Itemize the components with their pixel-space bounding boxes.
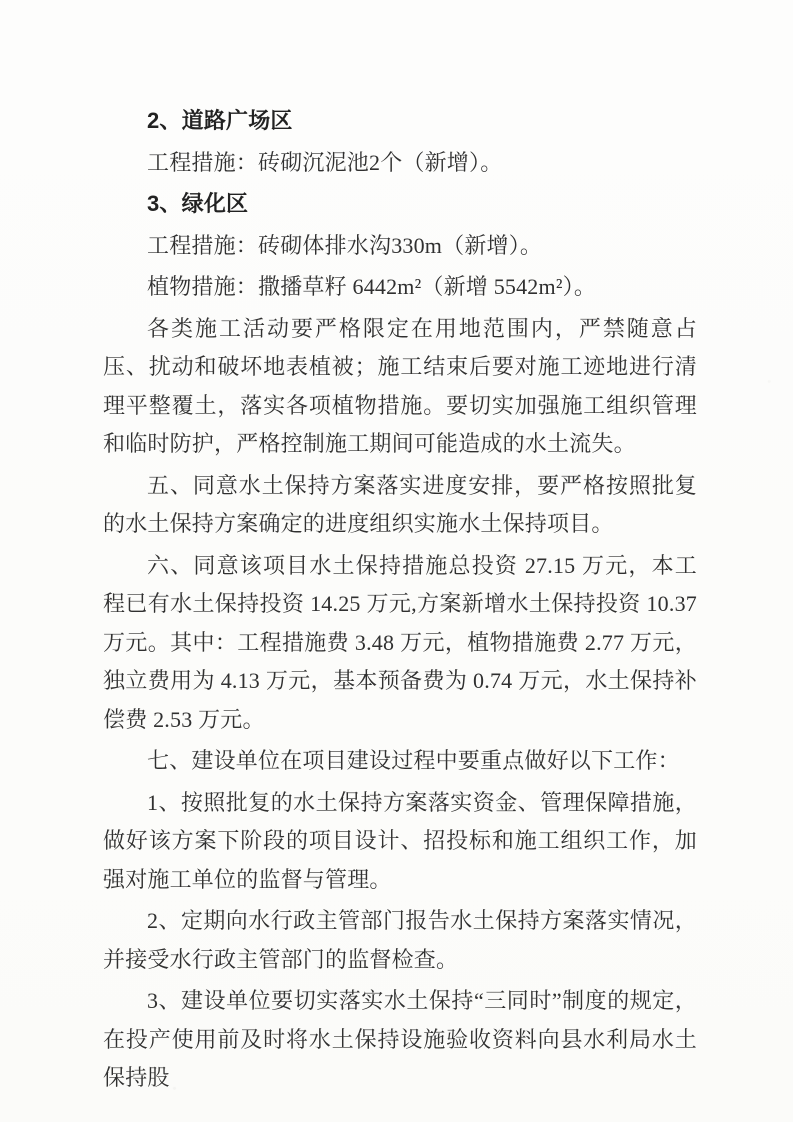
paragraph-engineering-measures-greening: 工程措施：砖砌体排水沟330m（新增）。 xyxy=(103,227,697,266)
section-heading-greening-zone: 3、绿化区 xyxy=(103,185,697,224)
paragraph-item-5-schedule: 五、同意水土保持方案落实进度安排，要严格按照批复的水土保持方案确定的进度组织实施… xyxy=(103,467,697,544)
scanned-document-page: 2、道路广场区 工程措施：砖砌沉泥池2个（新增）。 3、绿化区 工程措施：砖砌体… xyxy=(0,0,793,1122)
paragraph-item-7-3-three-simultaneous: 3、建设单位要切实落实水土保持“三同时”制度的规定，在投产使用前及时将水土保持设… xyxy=(103,982,697,1098)
paragraph-item-7-2-reporting: 2、定期向水行政主管部门报告水土保持方案落实情况，并接受水行政主管部门的监督检查… xyxy=(103,902,697,979)
paragraph-construction-restrictions: 各类施工活动要严格限定在用地范围内，严禁随意占压、扰动和破坏地表植被；施工结束后… xyxy=(103,310,697,464)
paragraph-item-7-1-funding: 1、按照批复的水土保持方案落实资金、管理保障措施，做好该方案下阶段的项目设计、招… xyxy=(103,784,697,900)
paragraph-item-6-investment: 六、同意该项目水土保持措施总投资 27.15 万元，本工程已有水土保持投资 14… xyxy=(103,547,697,740)
section-heading-road-square-zone: 2、道路广场区 xyxy=(103,102,697,141)
paragraph-item-7-intro: 七、建设单位在项目建设过程中要重点做好以下工作： xyxy=(103,742,697,781)
paragraph-engineering-measures-road: 工程措施：砖砌沉泥池2个（新增）。 xyxy=(103,144,697,183)
paragraph-plant-measures: 植物措施：撒播草籽 6442m²（新增 5542m²）。 xyxy=(103,268,697,307)
document-text-block: 2、道路广场区 工程措施：砖砌沉泥池2个（新增）。 3、绿化区 工程措施：砖砌体… xyxy=(103,102,697,1098)
